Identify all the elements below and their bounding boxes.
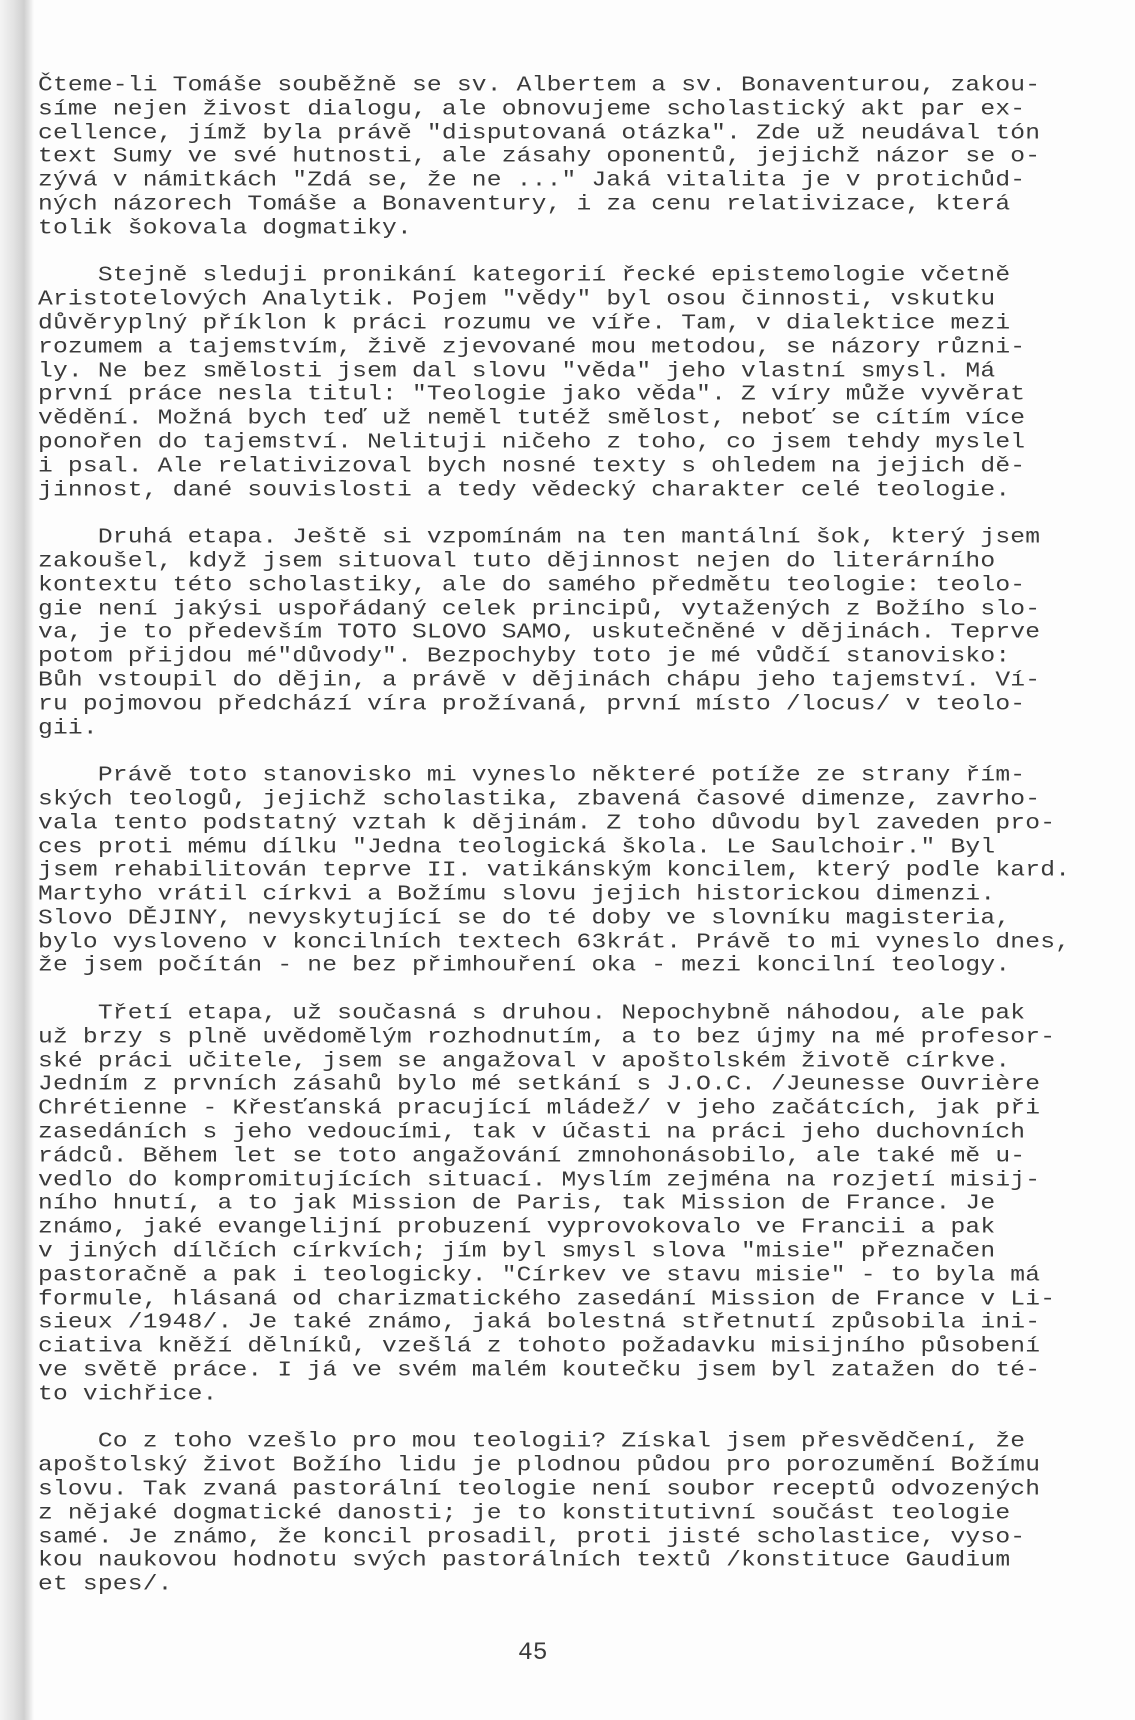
text-line: apoštolský život Božího lidu je plodnou … bbox=[38, 1456, 1118, 1476]
text-line: cellence, jímž byla právě "disputovaná o… bbox=[38, 123, 1118, 143]
text-line: kontextu této scholastiky, ale do samého… bbox=[38, 575, 1118, 595]
body-text: Čteme-li Tomáše souběžně se sv. Albertem… bbox=[38, 74, 1118, 1621]
text-line: potom přijdou mé"důvody". Bezpochyby tot… bbox=[38, 647, 1118, 667]
text-line: gie není jakýsi uspořádaný celek princip… bbox=[38, 599, 1118, 619]
text-line: zasedáních s jeho vedoucími, tak v účast… bbox=[38, 1123, 1118, 1143]
text-line: vedlo do kompromitujících situací. Myslí… bbox=[38, 1170, 1118, 1190]
text-line: Stejně sleduji pronikání kategorií řecké… bbox=[38, 266, 1118, 286]
text-line: důvěryplný příklon k práci rozumu ve víř… bbox=[38, 314, 1118, 334]
text-line: to vichřice. bbox=[38, 1384, 1118, 1404]
text-line: pastoračně a pak i teologicky. "Církev v… bbox=[38, 1266, 1118, 1286]
text-line: va, je to především TOTO SLOVO SAMO, usk… bbox=[38, 623, 1118, 643]
text-line: ly. Ne bez smělosti jsem dal slovu "věda… bbox=[38, 361, 1118, 381]
text-line: ces proti mému dílku "Jedna teologická š… bbox=[38, 837, 1118, 857]
text-line: Co z toho vzešlo pro mou teologii? Získa… bbox=[38, 1432, 1118, 1452]
text-line: Čteme-li Tomáše souběžně se sv. Albertem… bbox=[38, 76, 1118, 96]
text-line: ské práci učitele, jsem se angažoval v a… bbox=[38, 1051, 1118, 1071]
paragraph: Čteme-li Tomáše souběžně se sv. Albertem… bbox=[38, 74, 1118, 241]
text-line: síme nejen živost dialogu, ale obnovujem… bbox=[38, 99, 1118, 119]
paragraph: Co z toho vzešlo pro mou teologii? Získa… bbox=[38, 1430, 1118, 1597]
text-line: že jsem počítán - ne bez přimhouření oka… bbox=[38, 956, 1118, 976]
text-line: známo, jaké evangelijní probuzení vyprov… bbox=[38, 1218, 1118, 1238]
page-number: 45 bbox=[518, 1640, 548, 1667]
text-line: vědění. Možná bych teď už neměl tutéž sm… bbox=[38, 409, 1118, 429]
text-line: text Sumy ve své hutnosti, ale zásahy op… bbox=[38, 147, 1118, 167]
text-line: v jiných dílčích církvích; jím byl smysl… bbox=[38, 1242, 1118, 1262]
text-line: gii. bbox=[38, 718, 1118, 738]
text-line: slovu. Tak zvaná pastorální teologie nen… bbox=[38, 1480, 1118, 1500]
text-line: bylo vysloveno v koncilních textech 63kr… bbox=[38, 932, 1118, 952]
text-line: Martyho vrátil církvi a Božímu slovu jej… bbox=[38, 885, 1118, 905]
paragraph: Stejně sleduji pronikání kategorií řecké… bbox=[38, 264, 1118, 502]
text-line: Slovo DĚJINY, nevyskytující se do té dob… bbox=[38, 909, 1118, 929]
text-line: Bůh vstoupil do dějin, a právě v dějinác… bbox=[38, 671, 1118, 691]
text-line: sieux /1948/. Je také známo, jaká bolest… bbox=[38, 1313, 1118, 1333]
text-line: ných názorech Tomáše a Bonaventury, i za… bbox=[38, 195, 1118, 215]
paragraph: Druhá etapa. Ještě si vzpomínám na ten m… bbox=[38, 526, 1118, 740]
scanned-page: Čteme-li Tomáše souběžně se sv. Albertem… bbox=[0, 0, 1135, 1720]
text-line: rozumem a tajemstvím, živě zjevované mou… bbox=[38, 337, 1118, 357]
text-line: zývá v námitkách "Zdá se, že ne ..." Jak… bbox=[38, 171, 1118, 191]
paragraph: Právě toto stanovisko mi vyneslo některé… bbox=[38, 764, 1118, 978]
text-line: Aristotelových Analytik. Pojem "vědy" by… bbox=[38, 290, 1118, 310]
text-line: kou naukovou hodnotu svých pastorálních … bbox=[38, 1551, 1118, 1571]
text-line: tolik šokovala dogmatiky. bbox=[38, 218, 1118, 238]
text-line: ního hnutí, a to jak Mission de Paris, t… bbox=[38, 1194, 1118, 1214]
text-line: už brzy s plně uvědomělým rozhodnutím, a… bbox=[38, 1028, 1118, 1048]
text-line: vala tento podstatný vztah k dějinám. Z … bbox=[38, 813, 1118, 833]
text-line: ciativa kněží dělníků, vzešlá z tohoto p… bbox=[38, 1337, 1118, 1357]
text-line: jsem rehabilitován teprve II. vatikánský… bbox=[38, 861, 1118, 881]
text-line: et spes/. bbox=[38, 1575, 1118, 1595]
text-line: Jedním z prvních zásahů bylo mé setkání … bbox=[38, 1075, 1118, 1095]
text-line: Chrétienne - Křesťanská pracující mládež… bbox=[38, 1099, 1118, 1119]
text-line: z nějaké dogmatické danosti; je to konst… bbox=[38, 1503, 1118, 1523]
text-line: ponořen do tajemství. Nelituji ničeho z … bbox=[38, 433, 1118, 453]
text-line: Právě toto stanovisko mi vyneslo některé… bbox=[38, 766, 1118, 786]
paragraph: Třetí etapa, už současná s druhou. Nepoc… bbox=[38, 1002, 1118, 1407]
text-line: zakoušel, když jsem situoval tuto dějinn… bbox=[38, 552, 1118, 572]
text-line: samé. Je známo, že koncil prosadil, prot… bbox=[38, 1527, 1118, 1547]
binding-shadow bbox=[0, 0, 34, 1720]
text-line: Druhá etapa. Ještě si vzpomínám na ten m… bbox=[38, 528, 1118, 548]
text-line: i psal. Ale relativizoval bych nosné tex… bbox=[38, 456, 1118, 476]
text-line: ských teologů, jejichž scholastika, zbav… bbox=[38, 790, 1118, 810]
text-line: jinnost, dané souvislosti a tedy vědecký… bbox=[38, 480, 1118, 500]
text-line: rádců. Během let se toto angažování zmno… bbox=[38, 1147, 1118, 1167]
text-line: ru pojmovou předchází víra prožívaná, pr… bbox=[38, 694, 1118, 714]
text-line: formule, hlásaná od charizmatického zase… bbox=[38, 1289, 1118, 1309]
text-line: Třetí etapa, už současná s druhou. Nepoc… bbox=[38, 1004, 1118, 1024]
text-line: první práce nesla titul: "Teologie jako … bbox=[38, 385, 1118, 405]
text-line: ve světě práce. I já ve svém malém koute… bbox=[38, 1361, 1118, 1381]
